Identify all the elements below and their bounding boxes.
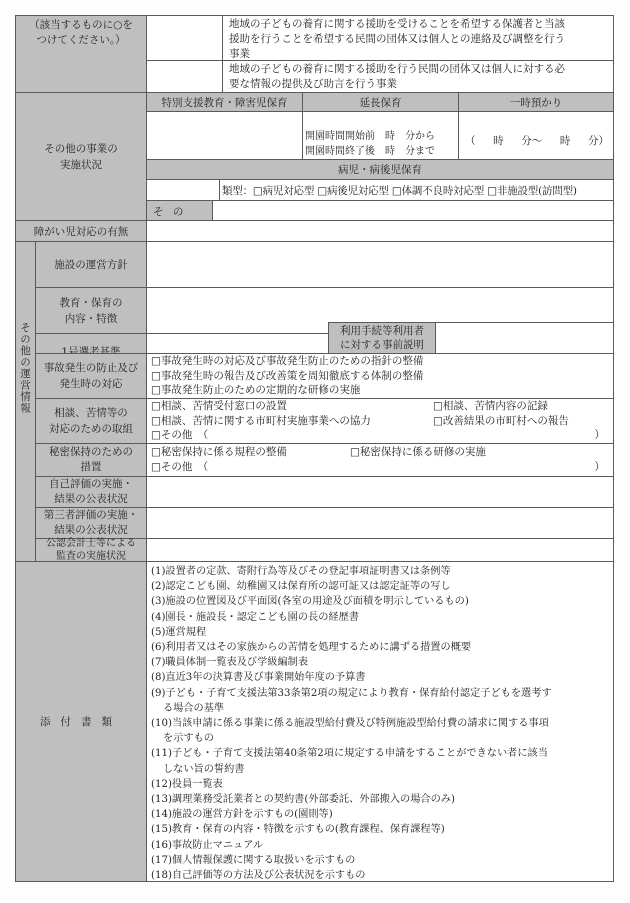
hour-label: 時 [560, 133, 571, 148]
procedure-input[interactable] [435, 322, 614, 354]
attachment-item: (11)子ども・子育て支援法第40条第2項に規定する申請をすることができない者に… [151, 746, 609, 776]
disability-input[interactable] [146, 220, 614, 242]
attachment-text: (4)園長・施設長・認定こども園の長の経歴書 [151, 610, 609, 625]
attachment-item: (1)設置者の定款、寄附行為等及びその登記事項証明書又は条例等 [151, 564, 609, 579]
attachment-text-cont: る場合の基準 [151, 701, 609, 716]
attachment-item: (13)調理業務受託業者との契約書(外部委託、外部搬入の場合のみ) [151, 792, 609, 807]
accident-checklist: □事故発生時の対応及び事故発生防止のための指針の整備 □事故発生時の報告及び改善… [146, 353, 614, 399]
audit-label: 公認会計士等による 監査の実施状況 [35, 538, 147, 562]
text-line: 地域の子どもの養育に関する援助を行う民間の団体又は個人に対する必 [229, 62, 607, 77]
complaint-label: 相談、苦情等の 対応のための取組 [35, 398, 147, 444]
types-text: 類型：□病児対応型 □病後児対応型 □体調不良時対応型 □非施設型(訪問型) [222, 185, 577, 197]
extended-care-start: 開園時間開始前 時 分から [305, 129, 456, 144]
label-text: 発生時の対応 [60, 376, 123, 392]
attachment-item: (15)教育・保育の内容・特徴を示すもの(教育課程、保育課程等) [151, 822, 609, 837]
procedure-label: 利用手続等利用者 に対する事前説明 [328, 322, 436, 354]
header-special-support: 特別支援教育・障害児保育 [146, 92, 303, 112]
extended-care-end: 開園時間終了後 時 分まで [305, 144, 456, 159]
header-text: 病児・病後児保育 [338, 162, 422, 177]
attachment-text: (6)利用者又はその家族からの苦情を処理するために講ずる措置の概要 [151, 640, 609, 655]
label-text: その他の事業の [44, 141, 118, 157]
label-text: 結果の公表状況 [54, 523, 128, 538]
attachment-text: (13)調理業務受託業者との契約書(外部委託、外部搬入の場合のみ) [151, 792, 609, 807]
disability-label: 障がい児対応の有無 [15, 220, 147, 242]
paren-open: （ [465, 133, 476, 148]
paren-close: ） [595, 428, 606, 443]
privacy-label: 秘密保持のための 措置 [35, 443, 147, 477]
attachment-item: (8)直近3年の決算書及び事業開始年度の予算書 [151, 670, 609, 685]
policy-label: 施設の運営方針 [35, 241, 147, 288]
attachment-text: (7)職員体制一覧表及び学級編制表 [151, 655, 609, 670]
sick-child-types[interactable]: 類型：□病児対応型 □病後児対応型 □体調不良時対応型 □非施設型(訪問型) [219, 179, 614, 201]
label-text: 実施状況 [60, 157, 102, 173]
attachment-text: (2)認定こども園、幼稚園又は保育所の認可証又は認定証等の写し [151, 579, 609, 594]
third-eval-label: 第三者評価の実施・ 結果の公表状況 [35, 507, 147, 539]
attachment-text: (5)運営規程 [151, 625, 609, 640]
attachment-text: (3)施設の位置図及び平面図(各室の用途及び面積を明示しているもの) [151, 594, 609, 609]
accident-check-2[interactable]: □事故発生時の報告及び改善策を周知徹底する体制の整備 [151, 369, 609, 384]
check-cell-2[interactable] [146, 60, 223, 93]
attachment-text: (9)子ども・子育て支援法第33条第2項の規定により教育・保育給付認定子どもを選… [151, 686, 609, 701]
self-eval-label: 自己評価の実施・ 結果の公表状況 [35, 476, 147, 508]
third-eval-input[interactable] [146, 507, 614, 539]
attachment-item: (3)施設の位置図及び平面図(各室の用途及び面積を明示しているもの) [151, 594, 609, 609]
header-extended-care: 延長保育 [302, 92, 459, 112]
attachment-text-cont: を示すもの [151, 731, 609, 746]
privacy-check-other[interactable]: □その他 （ [151, 460, 208, 475]
attachment-item: (16)事故防止マニュアル [151, 838, 609, 853]
header-text: 一時預かり [510, 95, 563, 110]
sick-child-check[interactable] [146, 179, 220, 201]
attachment-text: (14)施設の運営方針を示すもの(園則等) [151, 807, 609, 822]
other-label: そ の 他 [146, 200, 213, 221]
header-text: 特別支援教育・障害児保育 [162, 95, 288, 110]
attachment-text: (1)設置者の定款、寄附行為等及びその登記事項証明書又は条例等 [151, 564, 609, 579]
complaint-check-report[interactable]: □改善結果の市町村への報告 [433, 414, 569, 429]
text-line: 地域の子どもの養育に関する援助を受けることを希望する保護者と当該 [229, 17, 607, 32]
extended-care-input[interactable]: 開園時間開始前 時 分から 開園時間終了後 時 分まで [302, 111, 459, 160]
label-text: 秘密保持のための [49, 445, 133, 460]
attachment-item: (7)職員体制一覧表及び学級編制表 [151, 655, 609, 670]
audit-input[interactable] [146, 538, 614, 562]
label-text: 第三者評価の実施・ [44, 508, 139, 523]
header-temporary-care: 一時預かり [458, 92, 614, 112]
label-text: 内容・特徴 [65, 311, 118, 327]
other-services-label: その他の事業の 実施状況 [15, 92, 147, 221]
complaint-check-window[interactable]: □相談、苦情受付窓口の設置 [151, 399, 433, 414]
label-text: 事故発生の防止及び [44, 360, 139, 376]
attachment-text: (17)個人情報保護に関する取扱いを示すもの [151, 853, 609, 868]
complaint-checklist: □相談、苦情受付窓口の設置 □相談、苦情内容の記録 □相談、苦情に関する市町村実… [146, 398, 614, 444]
attachment-item: (5)運営規程 [151, 625, 609, 640]
sick-child-header: 病児・病後児保育 [146, 159, 614, 180]
special-support-input[interactable] [146, 111, 303, 160]
attachment-text: (11)子ども・子育て支援法第40条第2項に規定する申請をすることができない者に… [151, 746, 609, 761]
label-text: 結果の公表状況 [54, 492, 128, 507]
attachment-item: (14)施設の運営方針を示すもの(園則等) [151, 807, 609, 822]
attachments-label: 添付書類 [15, 561, 147, 882]
content-label: 教育・保育の 内容・特徴 [35, 287, 147, 334]
attachment-item: (6)利用者又はその家族からの苦情を処理するために講ずる措置の概要 [151, 640, 609, 655]
attachment-item: (9)子ども・子育て支援法第33条第2項の規定により教育・保育給付認定子どもを選… [151, 686, 609, 716]
label-text: 公認会計士等による [46, 537, 136, 550]
complaint-check-other[interactable]: □その他 （ [151, 428, 208, 443]
label-text: 教育・保育の [60, 295, 123, 311]
vertical-label: その他の運営情報 [18, 322, 33, 561]
temporary-care-input[interactable]: （ 時 分～ 時 分） [458, 111, 614, 160]
attachments-list: (1)設置者の定款、寄附行為等及びその登記事項証明書又は条例等(2)認定こども園… [146, 561, 614, 882]
label-text: 添付書類 [40, 714, 122, 729]
privacy-check-training[interactable]: □秘密保持に係る研修の実施 [350, 445, 486, 460]
privacy-checklist: □秘密保持に係る規程の整備 □秘密保持に係る研修の実施 □その他 （ ） [146, 443, 614, 477]
attachment-text: (15)教育・保育の内容・特徴を示すもの(教育課程、保育課程等) [151, 822, 609, 837]
attachment-item: (18)自己評価等の方法及び公表状況を示すもの [151, 868, 609, 883]
label-text: つけてください。） [16, 33, 146, 48]
self-eval-input[interactable] [146, 476, 614, 508]
label-text: （該当するものに○を [16, 18, 146, 33]
label-text: 利用手続等利用者 [340, 324, 424, 338]
check-cell-1[interactable] [146, 15, 223, 61]
complaint-check-record[interactable]: □相談、苦情内容の記録 [433, 399, 548, 414]
text-line: 要な情報の提供及び助言を行う事業 [229, 77, 607, 92]
attachment-item: (2)認定こども園、幼稚園又は保育所の認可証又は認定証等の写し [151, 579, 609, 594]
label-text: 対応のための取組 [49, 421, 133, 437]
paren-close: ） [595, 460, 606, 475]
label-text: に対する事前説明 [340, 338, 424, 352]
check-instruction-label: （該当するものに○を つけてください。） [15, 15, 147, 93]
complaint-check-cooperation[interactable]: □相談、苦情に関する市町村実施事業への協力 [151, 414, 433, 429]
privacy-check-rules[interactable]: □秘密保持に係る規程の整備 [151, 445, 350, 460]
attachment-item: (12)役員一覧表 [151, 777, 609, 792]
label-text: 相談、苦情等の [54, 405, 128, 421]
attachment-item: (4)園長・施設長・認定こども園の長の経歴書 [151, 610, 609, 625]
service-description-1: 地域の子どもの養育に関する援助を受けることを希望する保護者と当該 援助を行うこと… [222, 15, 614, 61]
attachment-item: (10)当該申請に係る事業に係る施設型給付費及び特例施設型給付費の請求に関する事… [151, 716, 609, 746]
label-text: 障がい児対応の有無 [34, 224, 129, 239]
header-text: 延長保育 [360, 95, 402, 110]
minute-label: 分） [588, 133, 609, 148]
attachment-text: (16)事故防止マニュアル [151, 838, 609, 853]
attachment-text: (10)当該申請に係る事業に係る施設型給付費及び特例施設型給付費の請求に関する事… [151, 716, 609, 731]
accident-check-1[interactable]: □事故発生時の対応及び事故発生防止のための指針の整備 [151, 354, 609, 369]
text-line: 援助を行うことを希望する民間の団体又は個人との連絡及び調整を行う [229, 32, 607, 47]
attachment-item: (17)個人情報保護に関する取扱いを示すもの [151, 853, 609, 868]
accident-label: 事故発生の防止及び 発生時の対応 [35, 353, 147, 399]
attachment-text: (18)自己評価等の方法及び公表状況を示すもの [151, 868, 609, 883]
label-text: 措置 [81, 460, 102, 475]
hour-label: 時 [493, 133, 504, 148]
attachment-text-cont: しない旨の誓約書 [151, 762, 609, 777]
operation-info-group-label: その他の運営情報 [15, 241, 36, 562]
policy-input[interactable] [146, 241, 614, 288]
minute-label: 分～ [521, 133, 542, 148]
label-text: 自己評価の実施・ [49, 477, 133, 492]
attachment-text: (12)役員一覧表 [151, 777, 609, 792]
accident-check-3[interactable]: □事故発生防止のための定期的な研修の実施 [151, 383, 609, 398]
label-text: 施設の運営方針 [54, 257, 128, 272]
service-description-2: 地域の子どもの養育に関する援助を行う民間の団体又は個人に対する必 要な情報の提供… [222, 60, 614, 93]
other-input[interactable] [212, 200, 614, 221]
attachment-text: (8)直近3年の決算書及び事業開始年度の予算書 [151, 670, 609, 685]
